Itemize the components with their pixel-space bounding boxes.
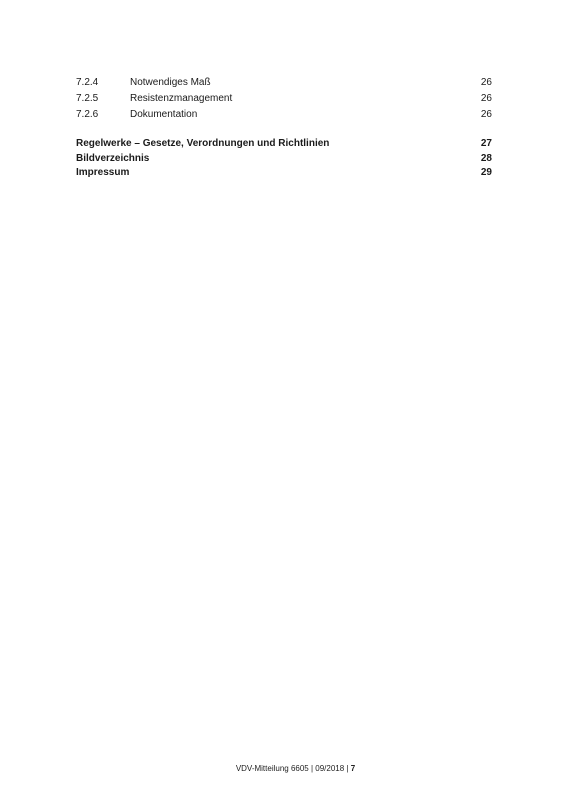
toc-entry-title: Notwendiges Maß	[130, 75, 211, 91]
document-page: 7.2.4 Notwendiges Maß 26 7.2.5 Resistenz…	[0, 0, 566, 800]
toc-spacer	[76, 123, 492, 137]
toc-chapter-bildverzeichnis[interactable]: Bildverzeichnis 28	[76, 152, 492, 167]
toc-entry-page: 26	[481, 75, 492, 91]
toc-entry-7-2-5[interactable]: 7.2.5 Resistenzmanagement 26	[76, 91, 492, 107]
toc-chapter-regelwerke[interactable]: Regelwerke – Gesetze, Verordnungen und R…	[76, 137, 492, 152]
toc-chapter-title: Bildverzeichnis	[76, 152, 149, 167]
toc-entry-page: 26	[481, 107, 492, 123]
toc-entry-7-2-6[interactable]: 7.2.6 Dokumentation 26	[76, 107, 492, 123]
footer-page-number: 7	[351, 764, 355, 773]
toc-entry-title: Dokumentation	[130, 107, 197, 123]
toc-chapter-page: 29	[481, 166, 492, 181]
toc-entry-number: 7.2.4	[76, 75, 98, 91]
toc-chapter-page: 28	[481, 152, 492, 167]
footer-text: VDV-Mitteilung 6605 | 09/2018 |	[236, 764, 351, 773]
toc-chapter-title: Regelwerke – Gesetze, Verordnungen und R…	[76, 137, 329, 152]
toc-entry-number: 7.2.6	[76, 107, 98, 123]
table-of-contents: 7.2.4 Notwendiges Maß 26 7.2.5 Resistenz…	[76, 75, 492, 181]
page-footer: VDV-Mitteilung 6605 | 09/2018 | 7	[0, 764, 566, 773]
toc-entry-title: Resistenzmanagement	[130, 91, 232, 107]
toc-entry-7-2-4[interactable]: 7.2.4 Notwendiges Maß 26	[76, 75, 492, 91]
toc-chapter-title: Impressum	[76, 166, 129, 181]
toc-chapter-page: 27	[481, 137, 492, 152]
toc-entry-page: 26	[481, 91, 492, 107]
toc-entry-number: 7.2.5	[76, 91, 98, 107]
toc-chapter-impressum[interactable]: Impressum 29	[76, 166, 492, 181]
